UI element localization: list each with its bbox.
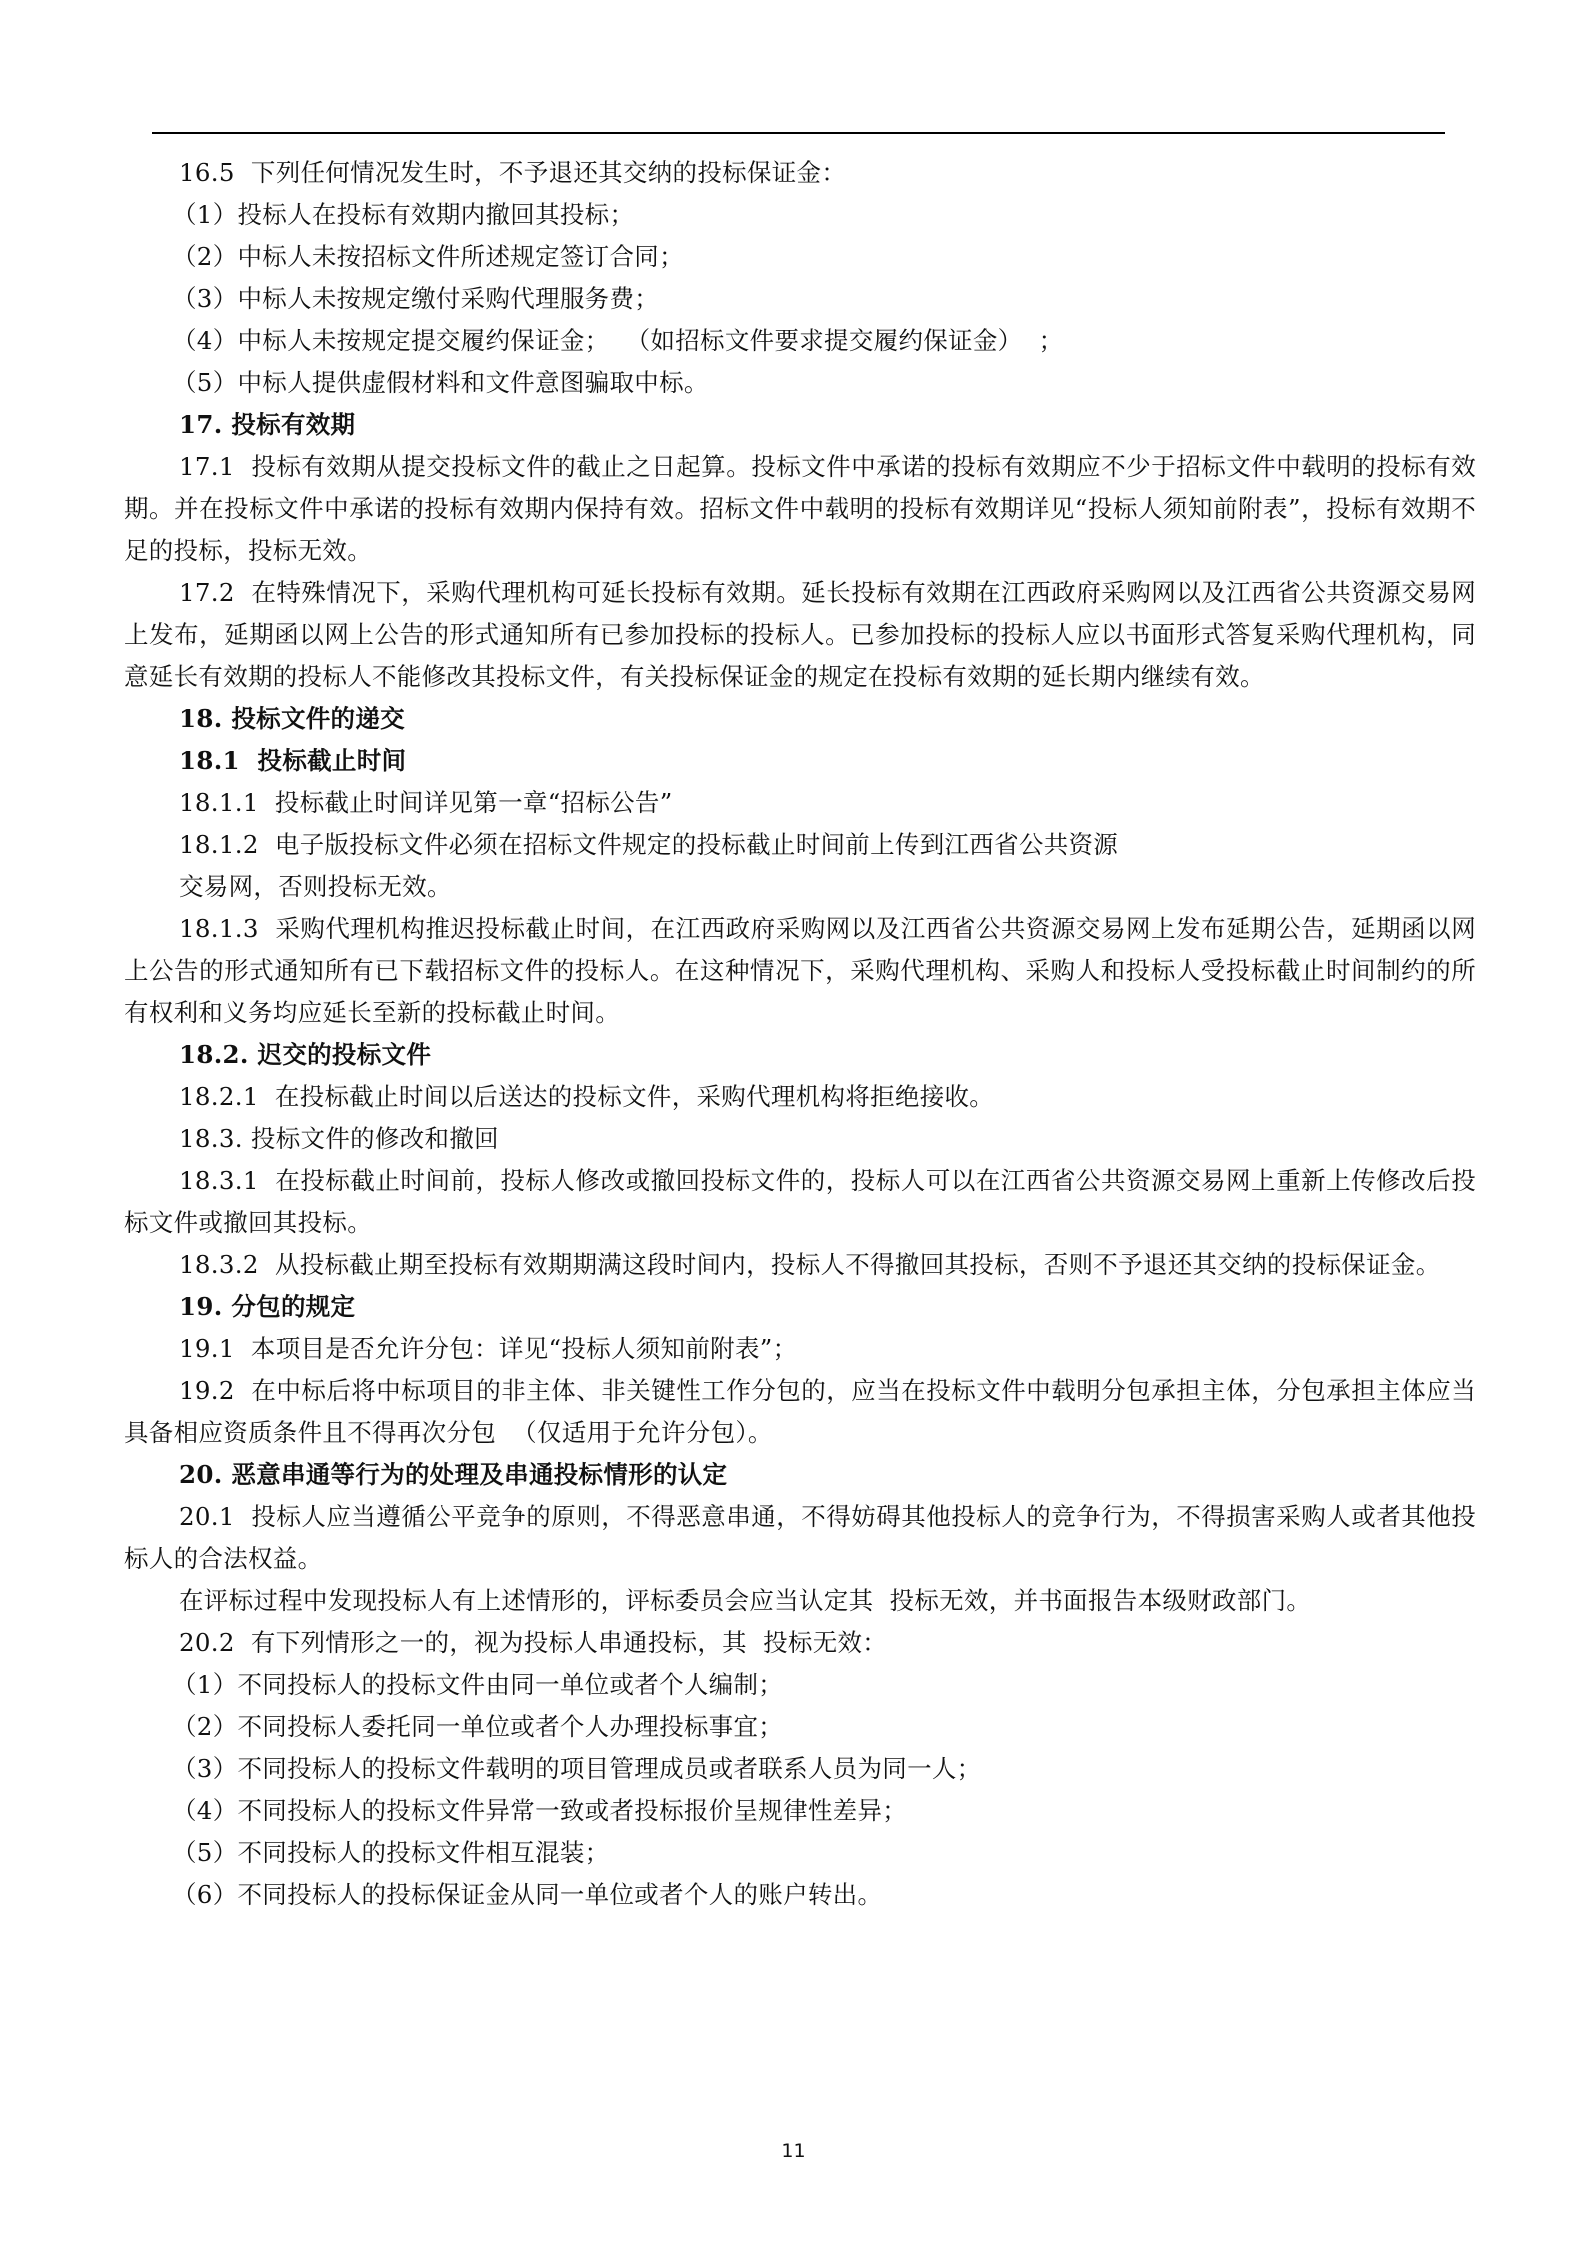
clause-20-2-title: 20.2 有下列情形之一的，视为投标人串通投标，其 投标无效： <box>124 1622 1476 1664</box>
clause-18-1-2-line-1: 18.1.2 电子版投标文件必须在招标文件规定的投标截止时间前上传到江西省公共资… <box>124 824 1476 866</box>
clause-19-1: 19.1 本项目是否允许分包：详见“投标人须知前附表”； <box>124 1328 1476 1370</box>
clause-16-5-item-3: （3）中标人未按规定缴付采购代理服务费； <box>124 278 1476 320</box>
document-body: 16.5 下列任何情况发生时，不予退还其交纳的投标保证金： （1）投标人在投标有… <box>124 152 1476 1916</box>
clause-18-2-1: 18.2.1 在投标截止时间以后送达的投标文件，采购代理机构将拒绝接收。 <box>124 1076 1476 1118</box>
clause-20-2-item-3: （3）不同投标人的投标文件载明的项目管理成员或者联系人员为同一人； <box>124 1748 1476 1790</box>
clause-18-1-1: 18.1.1 投标截止时间详见第一章“招标公告” <box>124 782 1476 824</box>
section-18-1-heading: 18.1 投标截止时间 <box>124 740 1476 782</box>
clause-19-2: 19.2 在中标后将中标项目的非主体、非关键性工作分包的，应当在投标文件中载明分… <box>124 1370 1476 1454</box>
clause-20-2-item-6: （6）不同投标人的投标保证金从同一单位或者个人的账户转出。 <box>124 1874 1476 1916</box>
page-number: 11 <box>0 2140 1587 2162</box>
clause-18-3-1: 18.3.1 在投标截止时间前，投标人修改或撤回投标文件的，投标人可以在江西省公… <box>124 1160 1476 1244</box>
clause-16-5-item-5: （5）中标人提供虚假材料和文件意图骗取中标。 <box>124 362 1476 404</box>
section-18-2-heading: 18.2. 迟交的投标文件 <box>124 1034 1476 1076</box>
clause-17-2: 17.2 在特殊情况下，采购代理机构可延长投标有效期。延长投标有效期在江西政府采… <box>124 572 1476 698</box>
clause-20-2-item-2: （2）不同投标人委托同一单位或者个人办理投标事宜； <box>124 1706 1476 1748</box>
clause-16-5-item-1: （1）投标人在投标有效期内撤回其投标； <box>124 194 1476 236</box>
clause-18-1-2-line-2: 交易网，否则投标无效。 <box>124 866 1476 908</box>
clause-20-1-followup: 在评标过程中发现投标人有上述情形的，评标委员会应当认定其 投标无效，并书面报告本… <box>124 1580 1476 1622</box>
section-17-heading: 17. 投标有效期 <box>124 404 1476 446</box>
clause-16-5-title: 16.5 下列任何情况发生时，不予退还其交纳的投标保证金： <box>124 152 1476 194</box>
clause-17-1: 17.1 投标有效期从提交投标文件的截止之日起算。投标文件中承诺的投标有效期应不… <box>124 446 1476 572</box>
clause-18-3-2: 18.3.2 从投标截止期至投标有效期期满这段时间内，投标人不得撤回其投标，否则… <box>124 1244 1476 1286</box>
section-20-heading: 20. 恶意串通等行为的处理及串通投标情形的认定 <box>124 1454 1476 1496</box>
clause-20-2-item-1: （1）不同投标人的投标文件由同一单位或者个人编制； <box>124 1664 1476 1706</box>
clause-20-2-item-4: （4）不同投标人的投标文件异常一致或者投标报价呈规律性差异； <box>124 1790 1476 1832</box>
clause-16-5-item-4: （4）中标人未按规定提交履约保证金； （如招标文件要求提交履约保证金） ； <box>124 320 1476 362</box>
header-rule <box>152 132 1445 134</box>
clause-20-1: 20.1 投标人应当遵循公平竞争的原则，不得恶意串通，不得妨碍其他投标人的竞争行… <box>124 1496 1476 1580</box>
section-18-3-heading: 18.3. 投标文件的修改和撤回 <box>124 1118 1476 1160</box>
clause-18-1-3: 18.1.3 采购代理机构推迟投标截止时间，在江西政府采购网以及江西省公共资源交… <box>124 908 1476 1034</box>
clause-20-2-item-5: （5）不同投标人的投标文件相互混装； <box>124 1832 1476 1874</box>
clause-16-5-item-2: （2）中标人未按招标文件所述规定签订合同； <box>124 236 1476 278</box>
section-18-heading: 18. 投标文件的递交 <box>124 698 1476 740</box>
section-19-heading: 19. 分包的规定 <box>124 1286 1476 1328</box>
